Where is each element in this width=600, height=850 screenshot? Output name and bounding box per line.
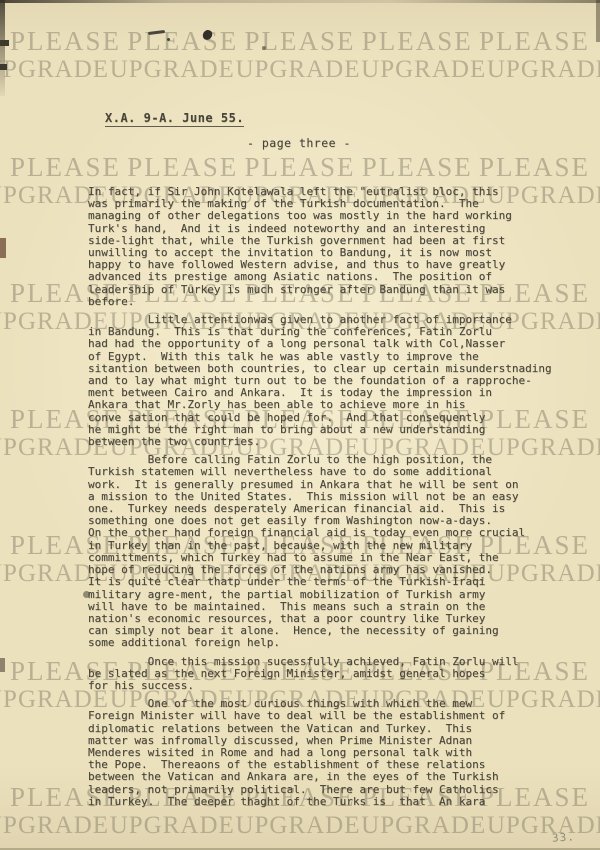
margin-mark (0, 64, 7, 70)
watermark-word: UPGRADE (235, 56, 360, 84)
watermark-word: UPGRADE (110, 56, 235, 84)
watermark-row: UPGRADEUPGRADEUPGRADEUPGRADEUPGRADE (0, 812, 600, 840)
margin-mark (0, 40, 9, 46)
watermark-word: PLEASE (244, 152, 355, 182)
ink-blot (202, 29, 214, 41)
watermark-word: UPGRADE (0, 812, 109, 840)
ink-speck (262, 46, 266, 50)
margin-mark (0, 658, 5, 672)
scan-edge-top (0, 0, 600, 3)
watermark-row: PLEASEPLEASEPLEASEPLEASEPLEASE (0, 152, 600, 182)
watermark-word: PLEASE (362, 152, 473, 182)
watermark-row: PLEASEPLEASEPLEASEPLEASEPLEASE (0, 26, 600, 56)
paragraph: Once this mission sucessfully achieved, … (88, 656, 578, 693)
ink-speck (167, 38, 170, 41)
watermark-word: UPGRADE (110, 812, 235, 840)
watermark-word: UPGRADE (0, 56, 109, 84)
watermark-word: PLEASE (127, 26, 238, 56)
watermark-word: PLEASE (10, 152, 121, 182)
watermark-word: PLEASE (479, 152, 590, 182)
watermark-word: UPGRADE (487, 812, 600, 840)
scanned-document-page: PLEASEPLEASEPLEASEPLEASEPLEASEUPGRADEUPG… (0, 0, 600, 850)
watermark-word: PLEASE (244, 26, 355, 56)
paragraph: Before calling Fatin Zorlu to the high p… (88, 454, 578, 649)
scan-edge-right (596, 0, 600, 42)
paragraph: In fact, if Sir John Kotelawala left the… (88, 186, 578, 308)
watermark-word: UPGRADE (235, 812, 360, 840)
watermark-word: UPGRADE (361, 812, 486, 840)
document-reference: X.A. 9-A. June 55. (105, 111, 244, 127)
paragraph: One of the most curious things with whic… (88, 698, 578, 808)
watermark-word: PLEASE (10, 26, 121, 56)
page-number: 33. (552, 830, 576, 845)
watermark-row: UPGRADEUPGRADEUPGRADEUPGRADEUPGRADE (0, 56, 600, 84)
ink-dash (148, 30, 165, 35)
watermark-word: UPGRADE (361, 56, 486, 84)
scan-edge-left (0, 0, 5, 96)
paragraph: Little attentionwas given to another fac… (88, 314, 578, 448)
page-title: - page three - (247, 136, 351, 150)
document-body: In fact, if Sir John Kotelawala left the… (88, 186, 578, 814)
margin-mark (0, 238, 6, 258)
watermark-word: PLEASE (362, 26, 473, 56)
watermark-word: PLEASE (479, 26, 590, 56)
watermark-word: UPGRADE (487, 56, 600, 84)
watermark-word: PLEASE (127, 152, 238, 182)
